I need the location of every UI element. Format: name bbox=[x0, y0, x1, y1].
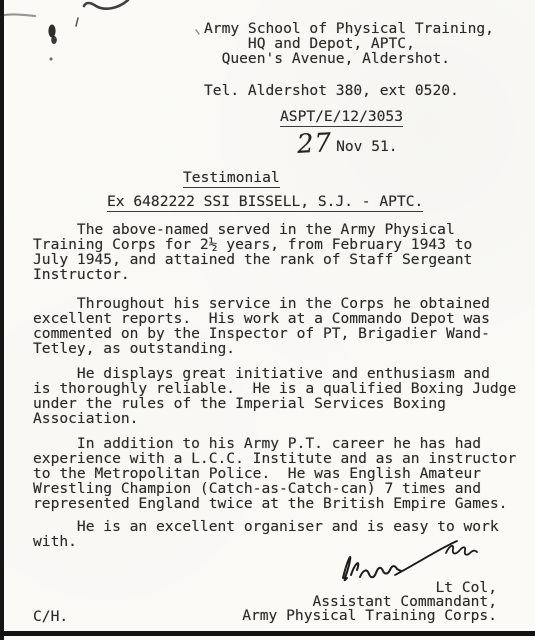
subject-line-text: Ex 6482222 SSI BISSELL, S.J. - APTC. bbox=[107, 193, 423, 212]
scanned-testimonial-letter: Army School of Physical Training, HQ and… bbox=[0, 0, 535, 640]
subject-line: Ex 6482222 SSI BISSELL, S.J. - APTC. bbox=[107, 193, 423, 212]
reference-number-text: ASPT/E/12/3053 bbox=[280, 108, 403, 127]
date-month-year: Nov 51. bbox=[336, 138, 398, 155]
signatory-unit: Army Physical Training Corps. bbox=[242, 609, 497, 623]
scan-edge-left bbox=[0, 0, 4, 640]
date-line: 27 Nov 51. bbox=[297, 131, 398, 157]
letterhead-telephone: Tel. Aldershot 380, ext 0520. bbox=[204, 83, 459, 98]
paragraph-reports: Throughout his service in the Corps he o… bbox=[33, 296, 490, 356]
scan-edge-bottom bbox=[0, 631, 535, 636]
letter-title: Testimonial bbox=[183, 169, 280, 188]
signature-block: Lt Col, Assistant Commandant, Army Physi… bbox=[242, 581, 497, 623]
reference-number: ASPT/E/12/3053 bbox=[280, 108, 403, 127]
letterhead-address: Army School of Physical Training, HQ and… bbox=[204, 21, 494, 66]
paragraph-service-record: The above-named served in the Army Physi… bbox=[33, 222, 472, 282]
handwritten-day: 27 bbox=[296, 130, 332, 158]
paragraph-character: He displays great initiative and enthusi… bbox=[33, 366, 516, 426]
typist-reference: C/H. bbox=[33, 608, 68, 625]
paragraph-experience: In addition to his Army P.T. career he h… bbox=[33, 436, 516, 511]
letter-title-text: Testimonial bbox=[183, 169, 280, 188]
ink-smudge-icon bbox=[0, 0, 220, 70]
